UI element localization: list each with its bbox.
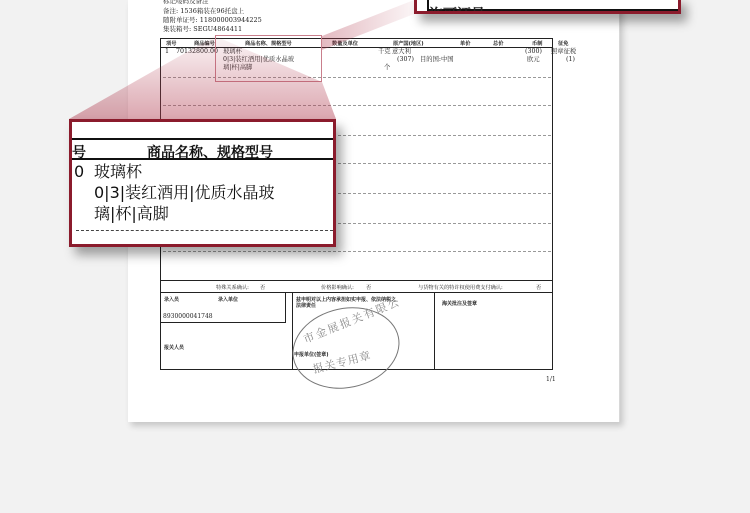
entry-unit-label: 录入单位	[218, 297, 238, 303]
entry-clerk-label: 录入员	[164, 297, 179, 303]
paper-edge	[619, 0, 620, 422]
magnifier-line-3: 璃|杯|高脚	[94, 204, 169, 224]
declaration-text-2: 法律责任	[296, 303, 316, 309]
attached-doc-value: 118000003944225	[200, 16, 262, 24]
confirmation-bar: 特殊关系确认: 否 价格影响确认: 否 与货物有关的特许权使用费支付确认: 否	[160, 280, 553, 293]
highlight-region	[215, 35, 322, 82]
row-divider	[163, 105, 551, 106]
divider	[434, 293, 435, 370]
container-line: 集装箱号: SEGU4864411	[163, 25, 242, 33]
declarant-label: 报关人员	[164, 345, 184, 351]
col-qty-unit: 数量及单位	[332, 40, 358, 47]
container-label: 集装箱号:	[163, 25, 191, 33]
magnifier-top: 许可证号	[414, 0, 681, 14]
attached-doc-line: 随附单证号: 118000003944225	[163, 16, 262, 24]
origin-code: (307)	[397, 56, 414, 64]
remark-value: 1536箱装在96托盘上	[180, 7, 244, 15]
container-value: SEGU4864411	[193, 25, 242, 33]
row-divider	[163, 251, 551, 252]
item-no: 1	[165, 48, 169, 56]
special-relation-value: 否	[260, 284, 265, 291]
price-impact-value: 否	[366, 284, 371, 291]
col-total-price: 总价	[493, 40, 503, 47]
entry-code: 8930000041748	[163, 313, 213, 321]
col-currency: 币制	[532, 40, 542, 47]
exemption-code: (1)	[566, 56, 575, 64]
qty-unit-2: 个	[384, 64, 390, 72]
magnifier-row-divider	[76, 230, 333, 231]
col-hs-code: 商品编号	[194, 40, 215, 47]
qty-unit: 千克	[378, 48, 391, 56]
destination: 目的国:中国	[420, 56, 454, 64]
magnifier-line-1: 玻璃杯	[94, 162, 142, 182]
magnifier-col-header: 商品名称、规格型号	[147, 142, 273, 162]
license-no-label: 许可证号	[429, 4, 485, 14]
customs-remarks-label: 海关批注及签章	[442, 301, 477, 307]
attached-doc-label: 随附单证号:	[163, 16, 198, 24]
col-origin: 原产国(地区)	[393, 40, 424, 47]
col-unit-price: 单价	[460, 40, 470, 47]
remark-label: 备注:	[163, 7, 178, 15]
page-number: 1/1	[546, 376, 556, 383]
magnifier-col-partial: 号	[72, 142, 86, 162]
royalty-value: 否	[536, 284, 541, 291]
magnifier-line-2: 0|3|装红酒用|优质水晶玻	[94, 183, 275, 203]
stage: 标记唛码及备注 备注: 1536箱装在96托盘上 随附单证号: 11800000…	[0, 0, 750, 513]
marks-label: 标记唛码及备注	[163, 0, 209, 5]
royalty-label: 与货物有关的特许权使用费支付确认:	[418, 284, 503, 291]
magnifier-header: 号 商品名称、规格型号	[72, 138, 333, 160]
currency-code: (300)	[525, 48, 542, 56]
magnifier-main: 号 商品名称、规格型号 0 玻璃杯 0|3|装红酒用|优质水晶玻 璃|杯|高脚	[69, 119, 336, 247]
exemption: 照章征税	[551, 48, 576, 56]
col-item-no: 项号	[166, 40, 176, 47]
magnifier-row-partial: 0	[74, 162, 84, 182]
price-impact-label: 价格影响确认:	[321, 284, 354, 291]
currency: 欧元	[527, 56, 540, 64]
origin: 意大利	[392, 48, 411, 56]
remark-line: 备注: 1536箱装在96托盘上	[163, 7, 244, 15]
col-exemption: 征免	[558, 40, 568, 47]
hs-code: 70132800.00	[176, 48, 218, 56]
special-relation-label: 特殊关系确认:	[216, 284, 249, 291]
